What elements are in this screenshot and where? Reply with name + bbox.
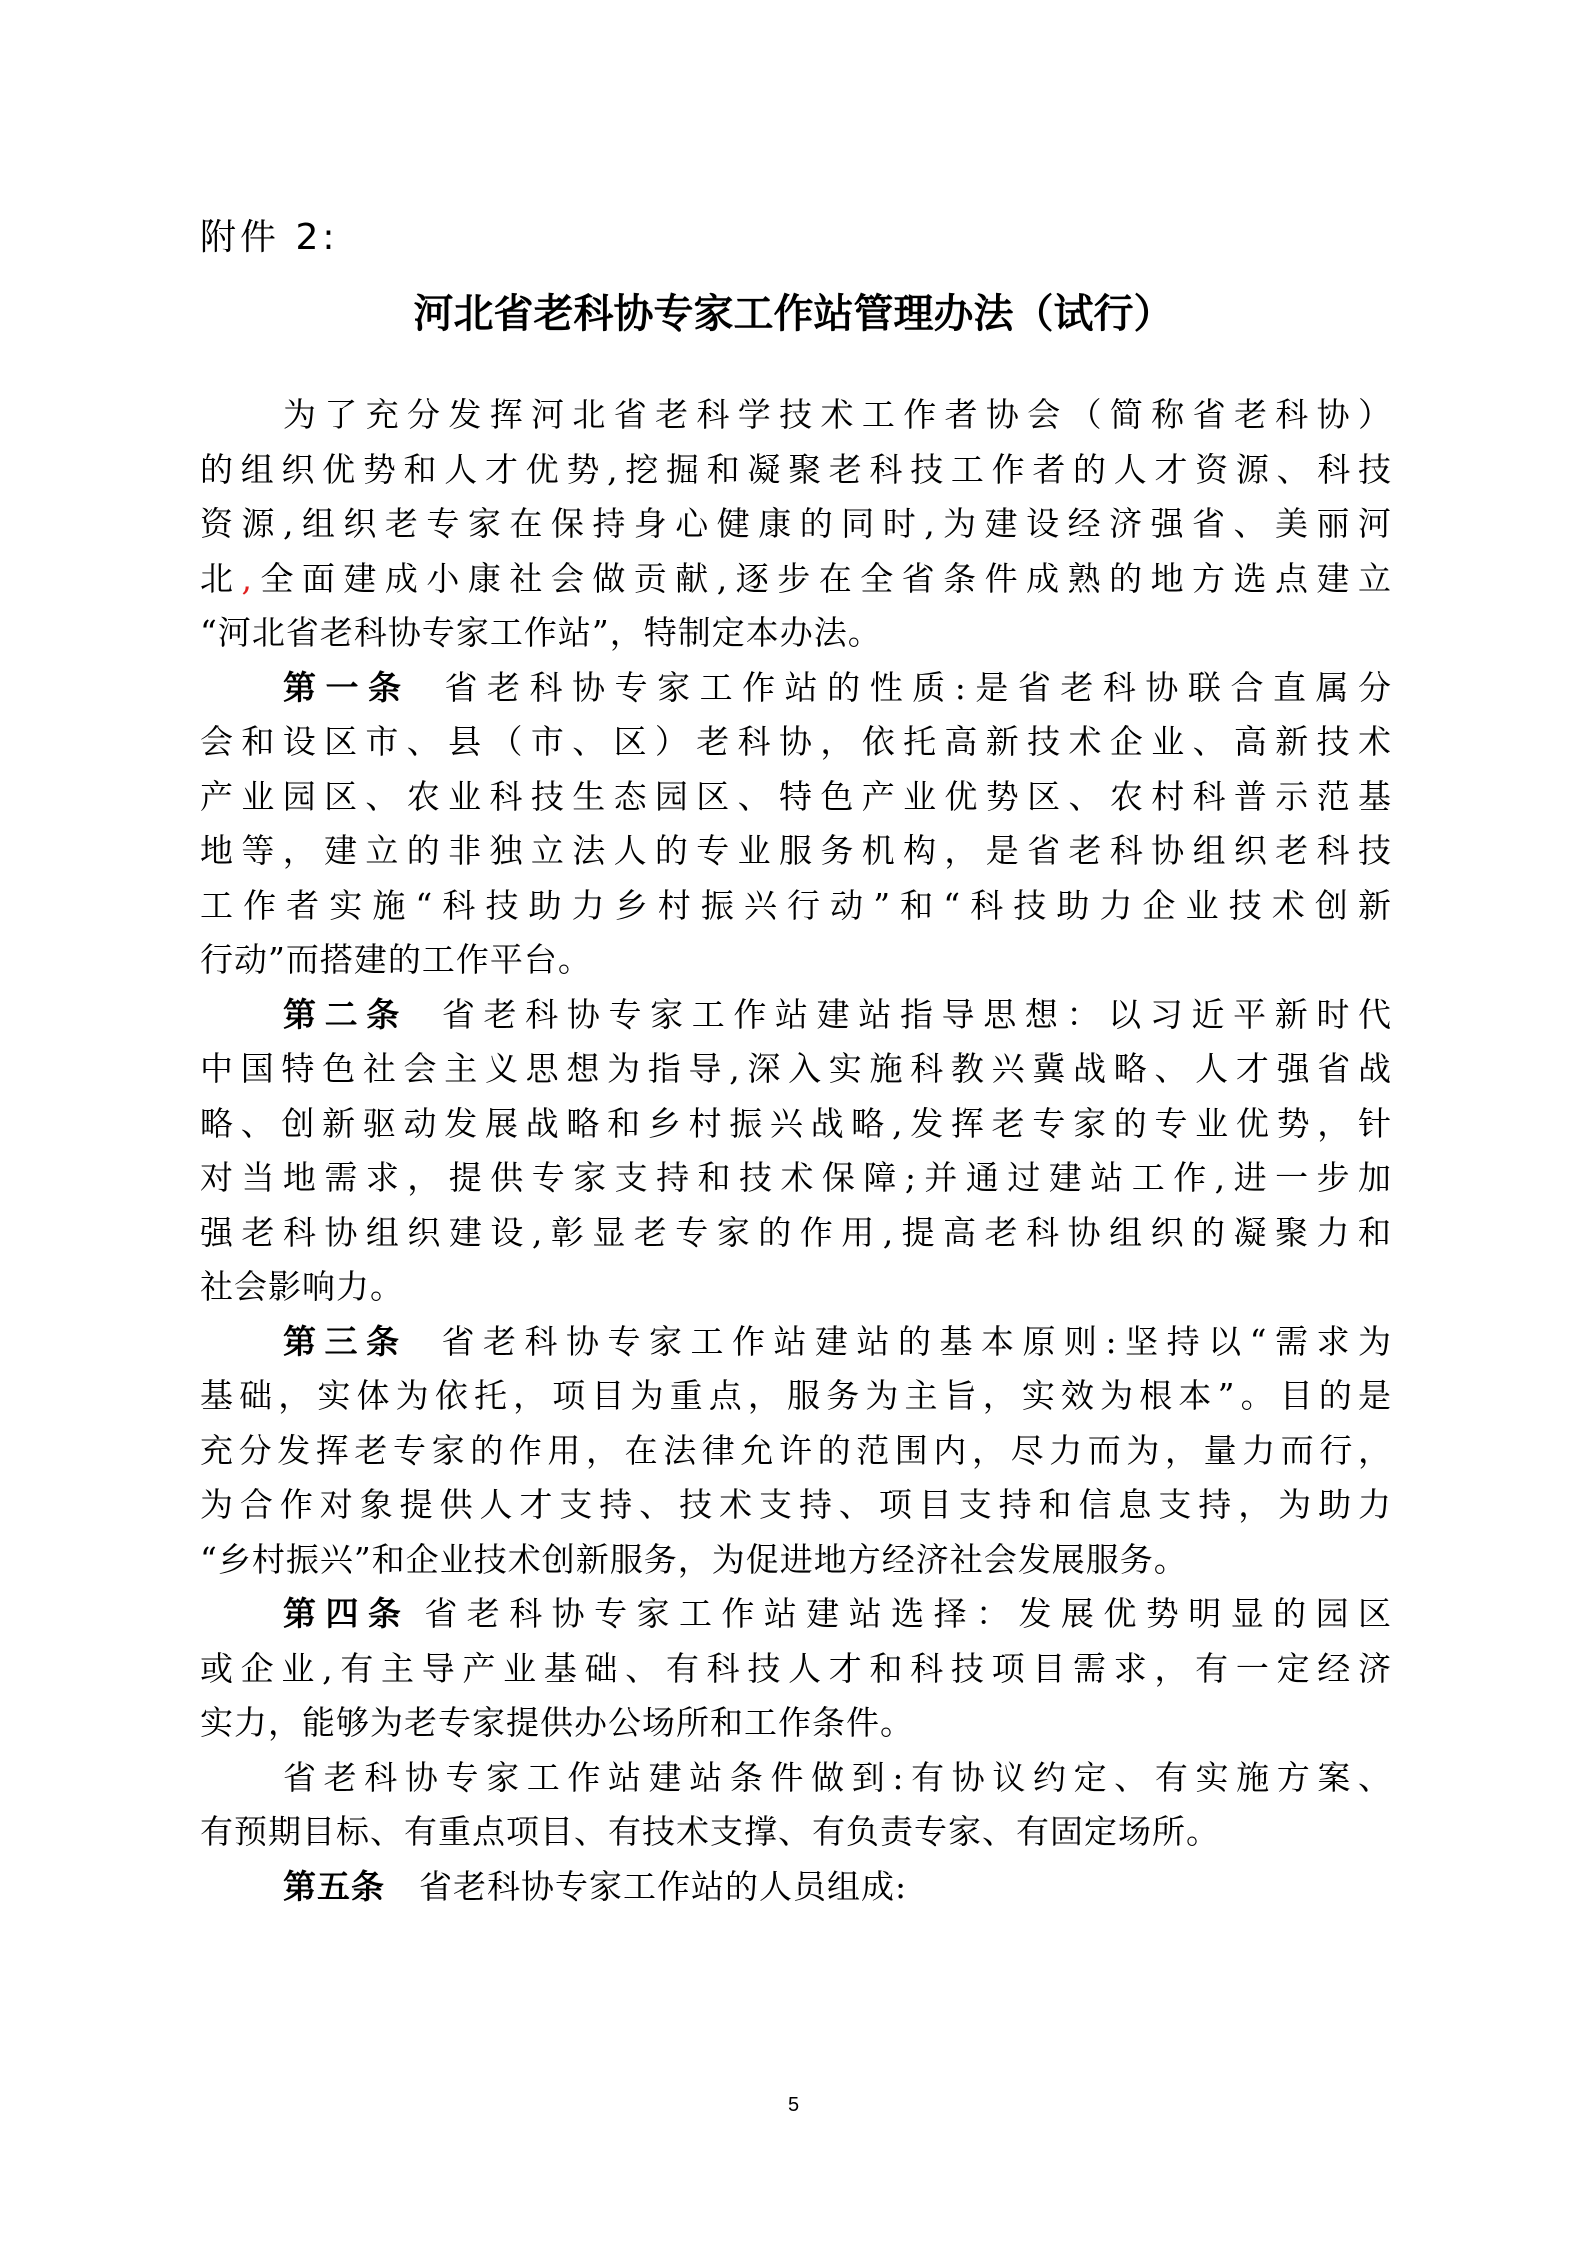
text-line: “河北省老科协专家工作站”，特制定本办法。 — [200, 606, 1392, 661]
text-line: 或企业,有主导产业基础、有科技人才和科技项目需求，有一定经济 — [200, 1642, 1392, 1697]
text-fragment: 省老科协专家工作站建站的基本原则:坚持以“需求为 — [442, 1322, 1393, 1361]
article-label: 第二条 — [283, 995, 408, 1034]
document-page: 附件 2: 河北省老科协专家工作站管理办法（试行） 为了充分发挥河北省老科学技术… — [0, 0, 1587, 2245]
article-3: 第三条省老科协专家工作站建站的基本原则:坚持以“需求为 基础，实体为依托，项目为… — [200, 1315, 1392, 1588]
text-line: 基础，实体为依托，项目为重点，服务为主旨，实效为根本”。目的是 — [200, 1369, 1392, 1424]
text-fragment: 省老科协专家工作站的性质:是省老科协联合直属分 — [445, 668, 1392, 707]
article-label: 第三条 — [283, 1322, 408, 1361]
text-fragment: 省老科协专家工作站的人员组成: — [419, 1867, 907, 1906]
document-title: 河北省老科协专家工作站管理办法（试行） — [0, 288, 1587, 340]
article-label: 第一条 — [283, 668, 411, 707]
article-2: 第二条省老科协专家工作站建站指导思想：以习近平新时代 中国特色社会主义思想为指导… — [200, 988, 1392, 1315]
text-line: 资源,组织老专家在保持身心健康的同时,为建设经济强省、美丽河 — [200, 497, 1392, 552]
text-line: “乡村振兴”和企业技术创新服务，为促进地方经济社会发展服务。 — [200, 1533, 1392, 1588]
text-line: 社会影响力。 — [200, 1260, 1392, 1315]
article-1: 第一条省老科协专家工作站的性质:是省老科协联合直属分 会和设区市、县（市、区）老… — [200, 661, 1392, 988]
text-line: 工作者实施“科技助力乡村振兴行动”和“科技助力企业技术创新 — [200, 879, 1392, 934]
red-comma: , — [241, 559, 253, 598]
text-fragment: 北 — [200, 559, 241, 598]
conditions-paragraph: 省老科协专家工作站建站条件做到:有协议约定、有实施方案、 有预期目标、有重点项目… — [200, 1751, 1392, 1860]
document-body: 为了充分发挥河北省老科学技术工作者协会（简称省老科协） 的组织优势和人才优势,挖… — [200, 388, 1392, 1914]
text-fragment: 省老科协专家工作站建站指导思想：以习近平新时代 — [442, 995, 1392, 1034]
text-line: 北,全面建成小康社会做贡献,逐步在全省条件成熟的地方选点建立 — [200, 552, 1392, 607]
article-heading-line: 第二条省老科协专家工作站建站指导思想：以习近平新时代 — [200, 988, 1392, 1043]
text-line: 产业园区、农业科技生态园区、特色产业优势区、农村科普示范基 — [200, 770, 1392, 825]
attachment-label: 附件 2: — [200, 214, 338, 262]
text-line: 行动”而搭建的工作平台。 — [200, 933, 1392, 988]
text-line: 对当地需求，提供专家支持和技术保障;并通过建站工作,进一步加 — [200, 1151, 1392, 1206]
article-heading-line: 第三条省老科协专家工作站建站的基本原则:坚持以“需求为 — [200, 1315, 1392, 1370]
article-heading-line: 第一条省老科协专家工作站的性质:是省老科协联合直属分 — [200, 661, 1392, 716]
text-line: 地等，建立的非独立法人的专业服务机构，是省老科协组织老科技 — [200, 824, 1392, 879]
article-label: 第五条 — [283, 1867, 385, 1906]
article-heading-line: 第五条省老科协专家工作站的人员组成: — [200, 1860, 1392, 1915]
page-number: 5 — [0, 2094, 1587, 2117]
article-5: 第五条省老科协专家工作站的人员组成: — [200, 1860, 1392, 1915]
text-line: 有预期目标、有重点项目、有技术支撑、有负责专家、有固定场所。 — [200, 1805, 1392, 1860]
text-line: 为合作对象提供人才支持、技术支持、项目支持和信息支持，为助力 — [200, 1478, 1392, 1533]
article-heading-line: 第四条省老科协专家工作站建站选择：发展优势明显的园区 — [200, 1587, 1392, 1642]
preamble-paragraph: 为了充分发挥河北省老科学技术工作者协会（简称省老科协） 的组织优势和人才优势,挖… — [200, 388, 1392, 661]
text-line: 强老科协组织建设,彰显老专家的作用,提高老科协组织的凝聚力和 — [200, 1206, 1392, 1261]
text-line: 实力，能够为老专家提供办公场所和工作条件。 — [200, 1696, 1392, 1751]
text-line: 会和设区市、县（市、区）老科协，依托高新技术企业、高新技术 — [200, 715, 1392, 770]
text-line: 为了充分发挥河北省老科学技术工作者协会（简称省老科协） — [200, 388, 1392, 443]
text-fragment: 全面建成小康社会做贡献,逐步在全省条件成熟的地方选点建立 — [253, 559, 1392, 598]
text-line: 充分发挥老专家的作用，在法律允许的范围内，尽力而为，量力而行， — [200, 1424, 1392, 1479]
text-fragment: 省老科协专家工作站建站选择：发展优势明显的园区 — [424, 1594, 1392, 1633]
text-line: 中国特色社会主义思想为指导,深入实施科教兴冀战略、人才强省战 — [200, 1042, 1392, 1097]
article-label: 第四条 — [283, 1594, 410, 1633]
article-4: 第四条省老科协专家工作站建站选择：发展优势明显的园区 或企业,有主导产业基础、有… — [200, 1587, 1392, 1751]
text-line: 略、创新驱动发展战略和乡村振兴战略,发挥老专家的专业优势，针 — [200, 1097, 1392, 1152]
text-line: 的组织优势和人才优势,挖掘和凝聚老科技工作者的人才资源、科技 — [200, 443, 1392, 498]
text-line: 省老科协专家工作站建站条件做到:有协议约定、有实施方案、 — [200, 1751, 1392, 1806]
